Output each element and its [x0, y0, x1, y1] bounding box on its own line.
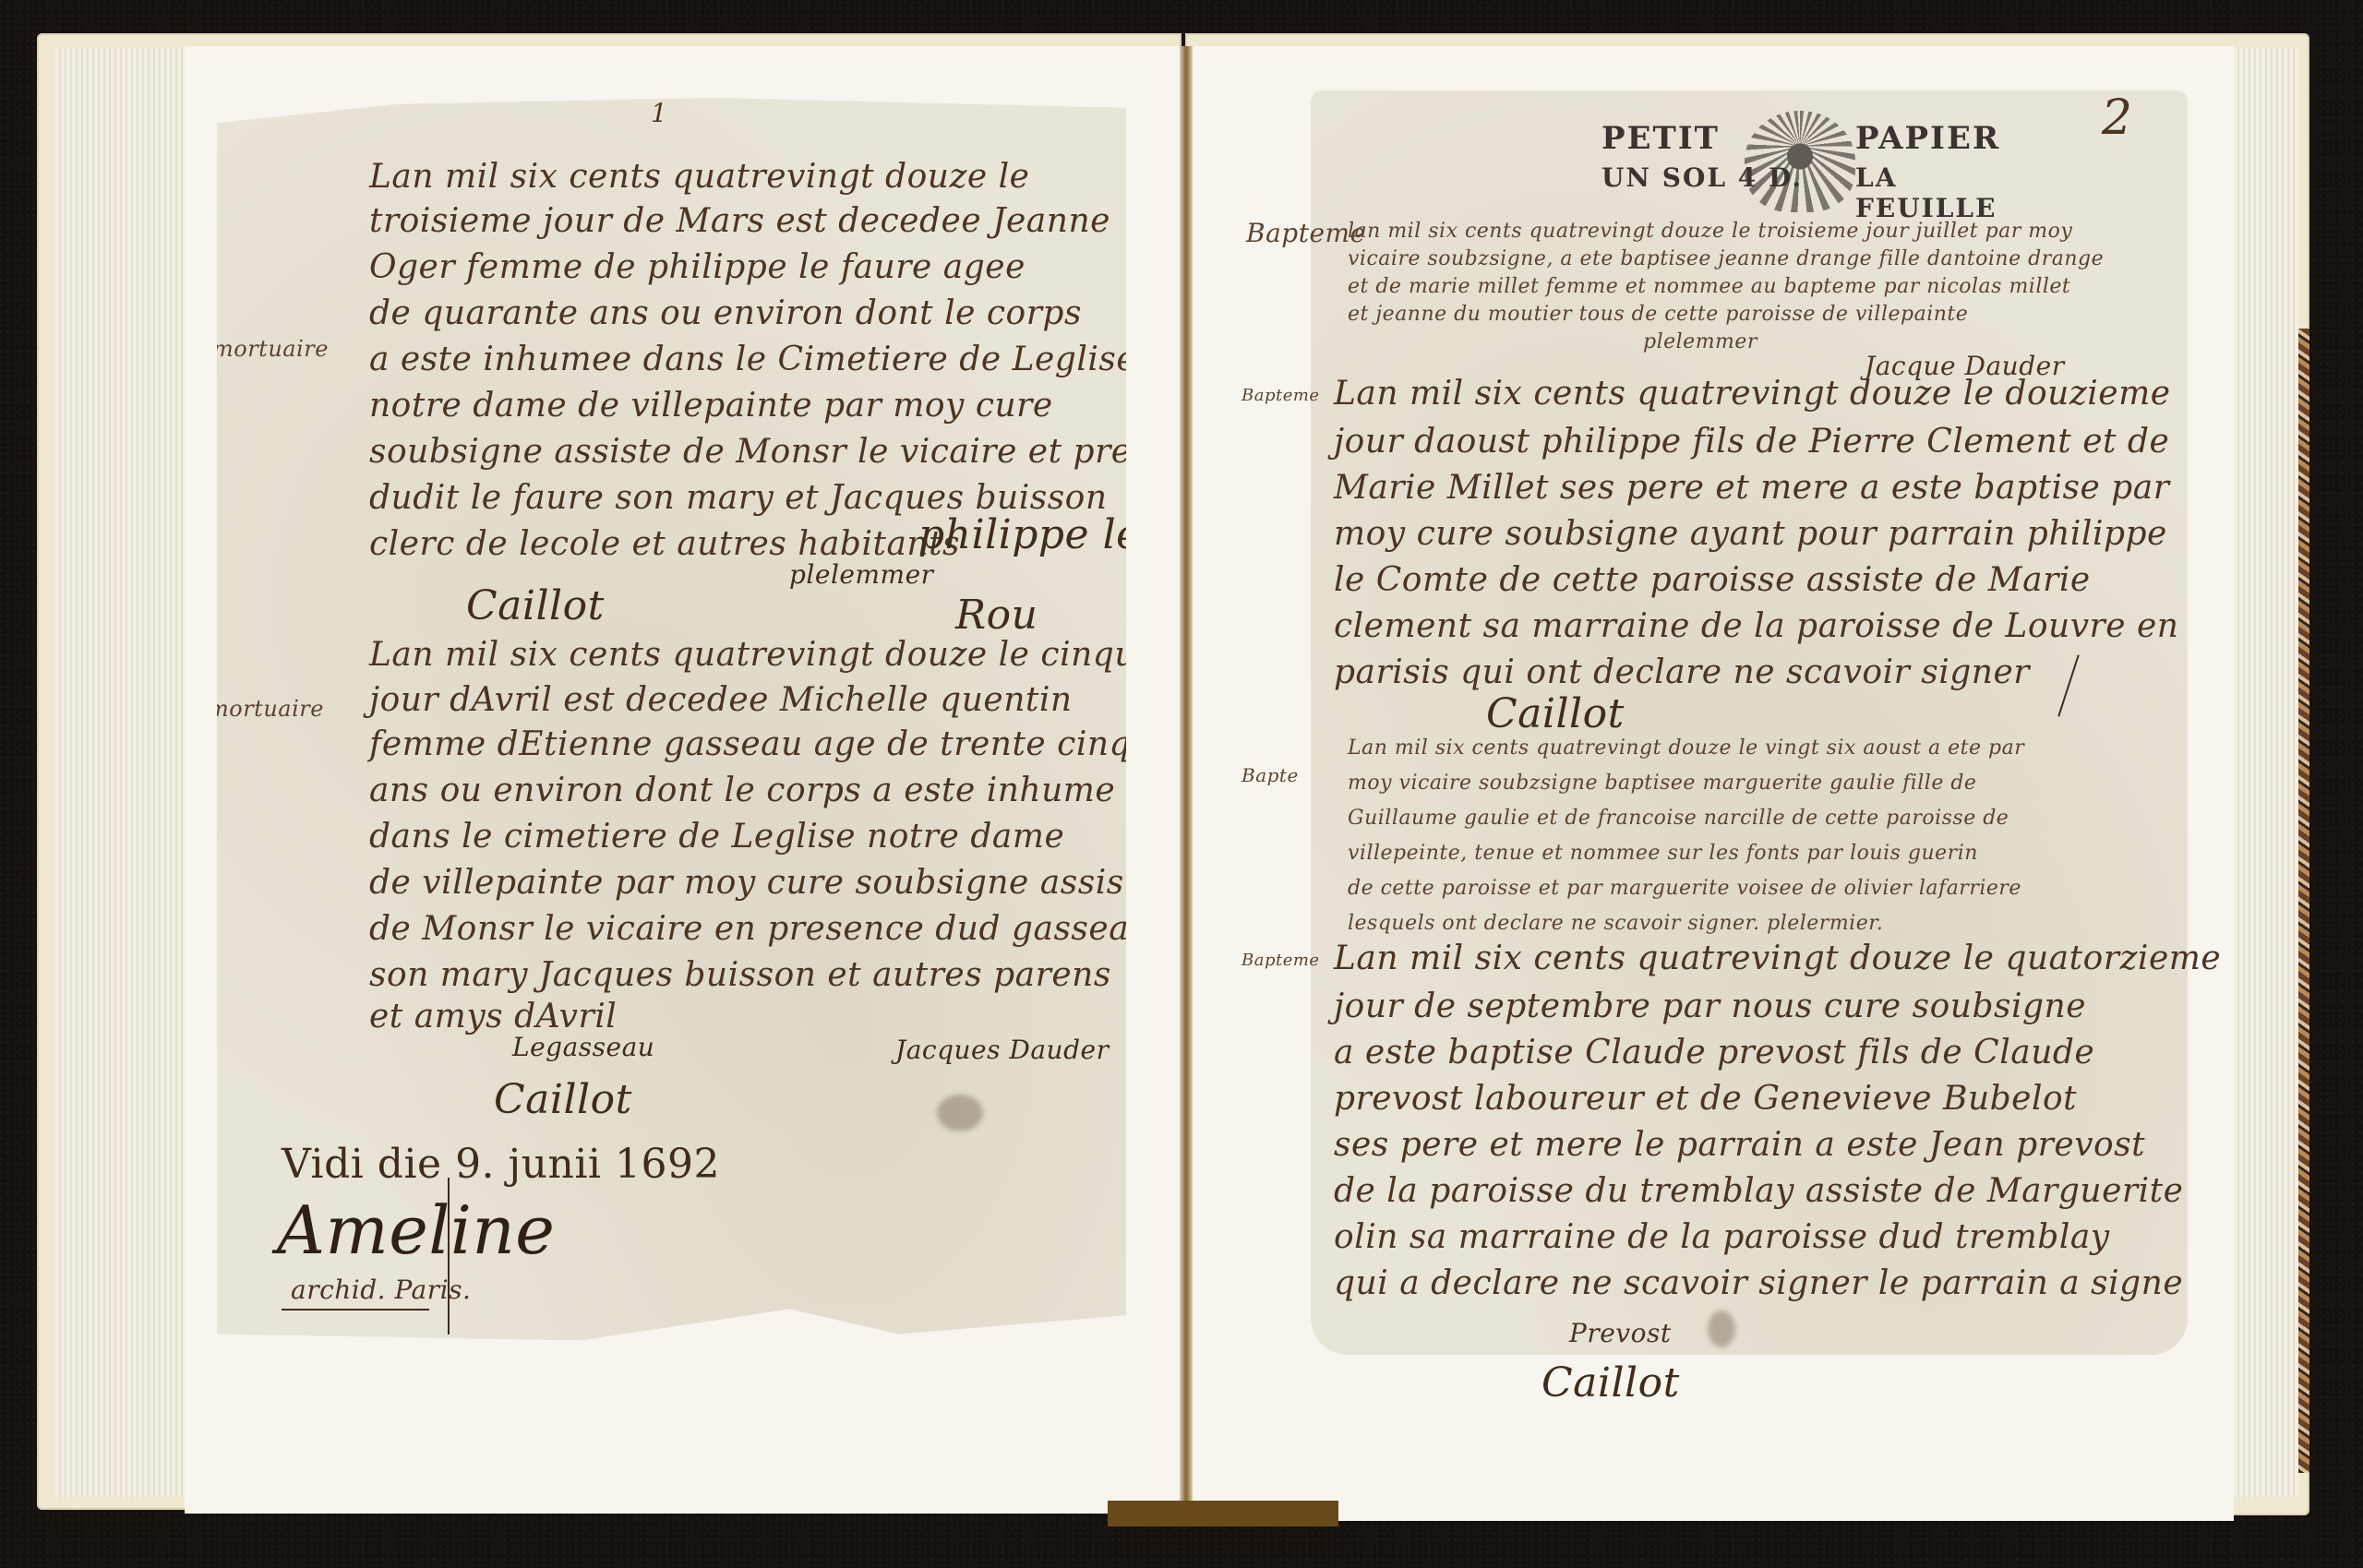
book-gutter — [1180, 46, 1193, 1523]
margin-note: mortuaire — [212, 336, 329, 362]
page-edges-left — [55, 48, 185, 1497]
visa-signature: Ameline — [277, 1191, 555, 1269]
entry-line: femme dEtienne gasseau age de trente cin… — [369, 725, 1131, 763]
signature: Caillot — [1486, 690, 1625, 737]
entry-line: Lan mil six cents quatrevingt douze le — [369, 158, 1029, 196]
entry-line: et amys dAvril — [369, 998, 617, 1035]
entry-line: de villepainte par moy cure soubsigne as… — [369, 864, 1158, 902]
stamp-text: PAPIER — [1855, 120, 2000, 157]
spine-bottom — [1108, 1501, 1338, 1526]
signature: plelemmer — [789, 559, 934, 590]
entry-line: prevost laboureur et de Genevieve Bubelo… — [1334, 1080, 2077, 1118]
entry-line: de quarante ans ou environ dont le corps — [369, 294, 1082, 332]
entry-line: moy cure soubsigne ayant pour parrain ph… — [1334, 515, 2167, 553]
entry-line: clement sa marraine de la paroisse de Lo… — [1334, 607, 2178, 645]
entry-line: Lan mil six cents quatrevingt douze le d… — [1334, 375, 2171, 413]
signature: Caillot — [1541, 1359, 1680, 1406]
signature: Prevost — [1569, 1318, 1672, 1348]
manuscript-folio-right: PETIT PAPIER UN SOL 4 D. LA FEUILLE 2 Ba… — [1311, 90, 2188, 1355]
entry-line: jour de septembre par nous cure soubsign… — [1334, 987, 2086, 1025]
signature: philippe le — [918, 511, 1141, 558]
signature: plelemmer — [1643, 330, 1757, 353]
folio-number: 2 — [2102, 90, 2132, 146]
entry-line: vicaire soubzsigne, a ete baptisee jeann… — [1348, 247, 2104, 270]
stamp-text: LA FEUILLE — [1855, 162, 1998, 223]
entry-line: parisis qui ont declare ne scavoir signe… — [1334, 653, 2030, 691]
margin-note: Bapteme — [1241, 386, 1320, 405]
entry-line: son mary Jacques buisson et autres paren… — [369, 956, 1111, 994]
entry-line: dans le cimetiere de Leglise notre dame — [369, 818, 1064, 856]
stamp-duty-mark: PETIT PAPIER UN SOL 4 D. LA FEUILLE — [1601, 111, 1998, 212]
stamp-text: PETIT — [1601, 120, 1720, 157]
entry-line: troisieme jour de Mars est decedee Jeann… — [369, 202, 1110, 240]
entry-line: a este baptise Claude prevost fils de Cl… — [1334, 1034, 2094, 1071]
entry-line: jour daoust philippe fils de Pierre Clem… — [1334, 423, 2169, 461]
entry-line: de la paroisse du tremblay assiste de Ma… — [1334, 1172, 2183, 1210]
entry-line: et de marie millet femme et nommee au ba… — [1348, 275, 2070, 298]
visa-underline — [282, 1309, 429, 1311]
entry-line: de Monsr le vicaire en presence dud gass… — [369, 910, 1151, 948]
entry-line: a este inhumee dans le Cimetiere de Legl… — [369, 341, 1136, 378]
entry-line: lan mil six cents quatrevingt douze le t… — [1348, 220, 2072, 243]
visa-rule — [448, 1178, 450, 1335]
entry-line: Guillaume gaulie et de francoise narcill… — [1348, 807, 2009, 830]
top-mark: 1 — [651, 98, 667, 128]
page-edges-right — [2234, 48, 2298, 1497]
entry-line: ans ou environ dont le corps a este inhu… — [369, 772, 1115, 809]
entry-line: Lan mil six cents quatrevingt douze le v… — [1348, 736, 2024, 760]
entry-line: Lan mil six cents quatrevingt douze le c… — [369, 636, 1219, 674]
signature: Jacques Dauder — [895, 1035, 1109, 1065]
entry-line: Oger femme de philippe le faure agee — [369, 248, 1026, 286]
entry-line: clerc de lecole et autres habitants — [369, 525, 960, 563]
margin-note: Bapte — [1241, 764, 1299, 786]
entry-line: soubsigne assiste de Monsr le vicaire et… — [369, 433, 1230, 471]
open-book: 1 mortuaire Lan mil six cents quatreving… — [37, 33, 2309, 1543]
entry-line: de cette paroisse et par marguerite vois… — [1348, 877, 2021, 900]
visa-title: archid. Paris. — [291, 1275, 471, 1305]
visa-text: Vidi die 9. junii 1692 — [282, 1141, 720, 1188]
entry-line: jour dAvril est decedee Michelle quentin — [369, 681, 1073, 719]
margin-note: Bapteme — [1241, 951, 1320, 970]
entry-line: olin sa marraine de la paroisse dud trem… — [1334, 1218, 2110, 1256]
signature: Caillot — [466, 582, 605, 629]
fleur-de-lis-emblem-icon — [1745, 111, 1855, 212]
manuscript-folio-left: 1 mortuaire Lan mil six cents quatreving… — [217, 98, 1126, 1353]
signature: Rou — [955, 592, 1038, 639]
ink-mark — [1708, 1311, 1735, 1347]
entry-line: lesquels ont declare ne scavoir signer. … — [1348, 912, 1883, 935]
entry-line: Marie Millet ses pere et mere a este bap… — [1334, 469, 2169, 507]
entry-line: et jeanne du moutier tous de cette paroi… — [1348, 303, 1968, 326]
signature: Legasseau — [512, 1032, 654, 1062]
margin-note: mortuaire — [208, 696, 324, 722]
entry-line: ses pere et mere le parrain a este Jean … — [1334, 1126, 2145, 1164]
entry-line: moy vicaire soubzsigne baptisee margueri… — [1348, 772, 1976, 795]
ink-smudge — [937, 1095, 983, 1131]
entry-line: le Comte de cette paroisse assiste de Ma… — [1334, 561, 2091, 599]
entry-line: villepeinte, tenue et nommee sur les fon… — [1348, 842, 1978, 865]
closing-stroke — [2057, 654, 2080, 716]
entry-line: Lan mil six cents quatrevingt douze le q… — [1334, 940, 2221, 977]
signature: Caillot — [494, 1076, 632, 1123]
entry-line: qui a declare ne scavoir signer le parra… — [1334, 1264, 2183, 1302]
entry-line: notre dame de villepainte par moy cure — [369, 387, 1053, 425]
